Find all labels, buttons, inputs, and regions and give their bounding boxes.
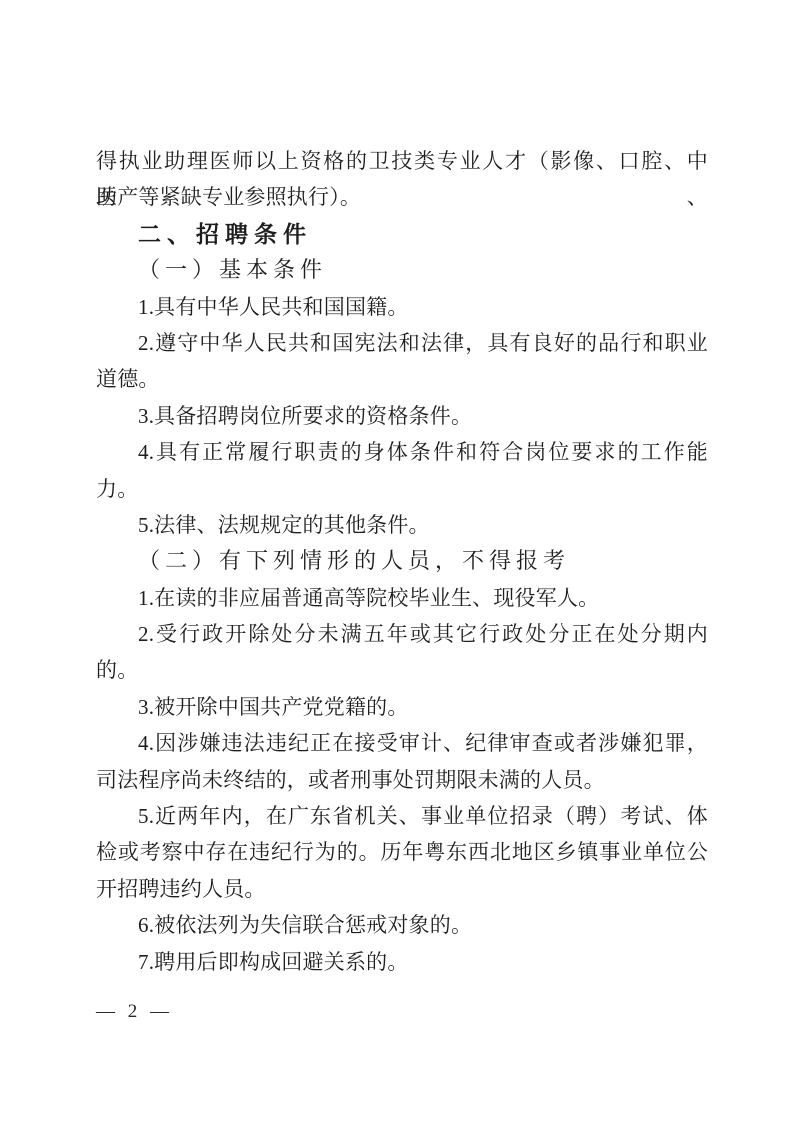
text-line: 4.具有正常履行职责的身体条件和符合岗位要求的工作能 [96, 434, 708, 470]
text-line: 2.受行政开除处分未满五年或其它行政处分正在处分期内 [96, 616, 708, 652]
text-line: 3.具备招聘岗位所要求的资格条件。 [96, 398, 708, 434]
text-line: 开招聘违约人员。 [96, 871, 708, 907]
text-line: 6.被依法列为失信联合惩戒对象的。 [96, 907, 708, 943]
text-line: 道德。 [96, 361, 708, 397]
text-line: 5.近两年内，在广东省机关、事业单位招录（聘）考试、体 [96, 798, 708, 834]
text-line: 2.遵守中华人民共和国宪法和法律，具有良好的品行和职业 [96, 325, 708, 361]
page-number: — 2 — [96, 994, 173, 1030]
text-line: 力。 [96, 471, 708, 507]
sub-heading: （一）基本条件 [96, 252, 708, 288]
text-line: 的。 [96, 652, 708, 688]
text-line: 得执业助理医师以上资格的卫技类专业人才（影像、口腔、中医、 [96, 143, 708, 179]
text-line: 3.被开除中国共产党党籍的。 [96, 689, 708, 725]
text-line: 1.在读的非应届普通高等院校毕业生、现役军人。 [96, 580, 708, 616]
text-line: 司法程序尚未终结的，或者刑事处罚期限未满的人员。 [96, 762, 708, 798]
document-page: 得执业助理医师以上资格的卫技类专业人才（影像、口腔、中医、助产等紧缺专业参照执行… [0, 0, 800, 1131]
text-line: 5.法律、法规规定的其他条件。 [96, 507, 708, 543]
sub-heading: （二）有下列情形的人员，不得报考 [96, 543, 708, 579]
section-heading: 二、招聘条件 [96, 216, 708, 252]
text-line: 4.因涉嫌违法违纪正在接受审计、纪律审查或者涉嫌犯罪， [96, 725, 708, 761]
text-line: 检或考察中存在违纪行为的。历年粤东西北地区乡镇事业单位公 [96, 834, 708, 870]
text-line: 7.聘用后即构成回避关系的。 [96, 944, 708, 980]
document-text-column: 得执业助理医师以上资格的卫技类专业人才（影像、口腔、中医、助产等紧缺专业参照执行… [96, 143, 708, 980]
text-line: 1.具有中华人民共和国国籍。 [96, 289, 708, 325]
